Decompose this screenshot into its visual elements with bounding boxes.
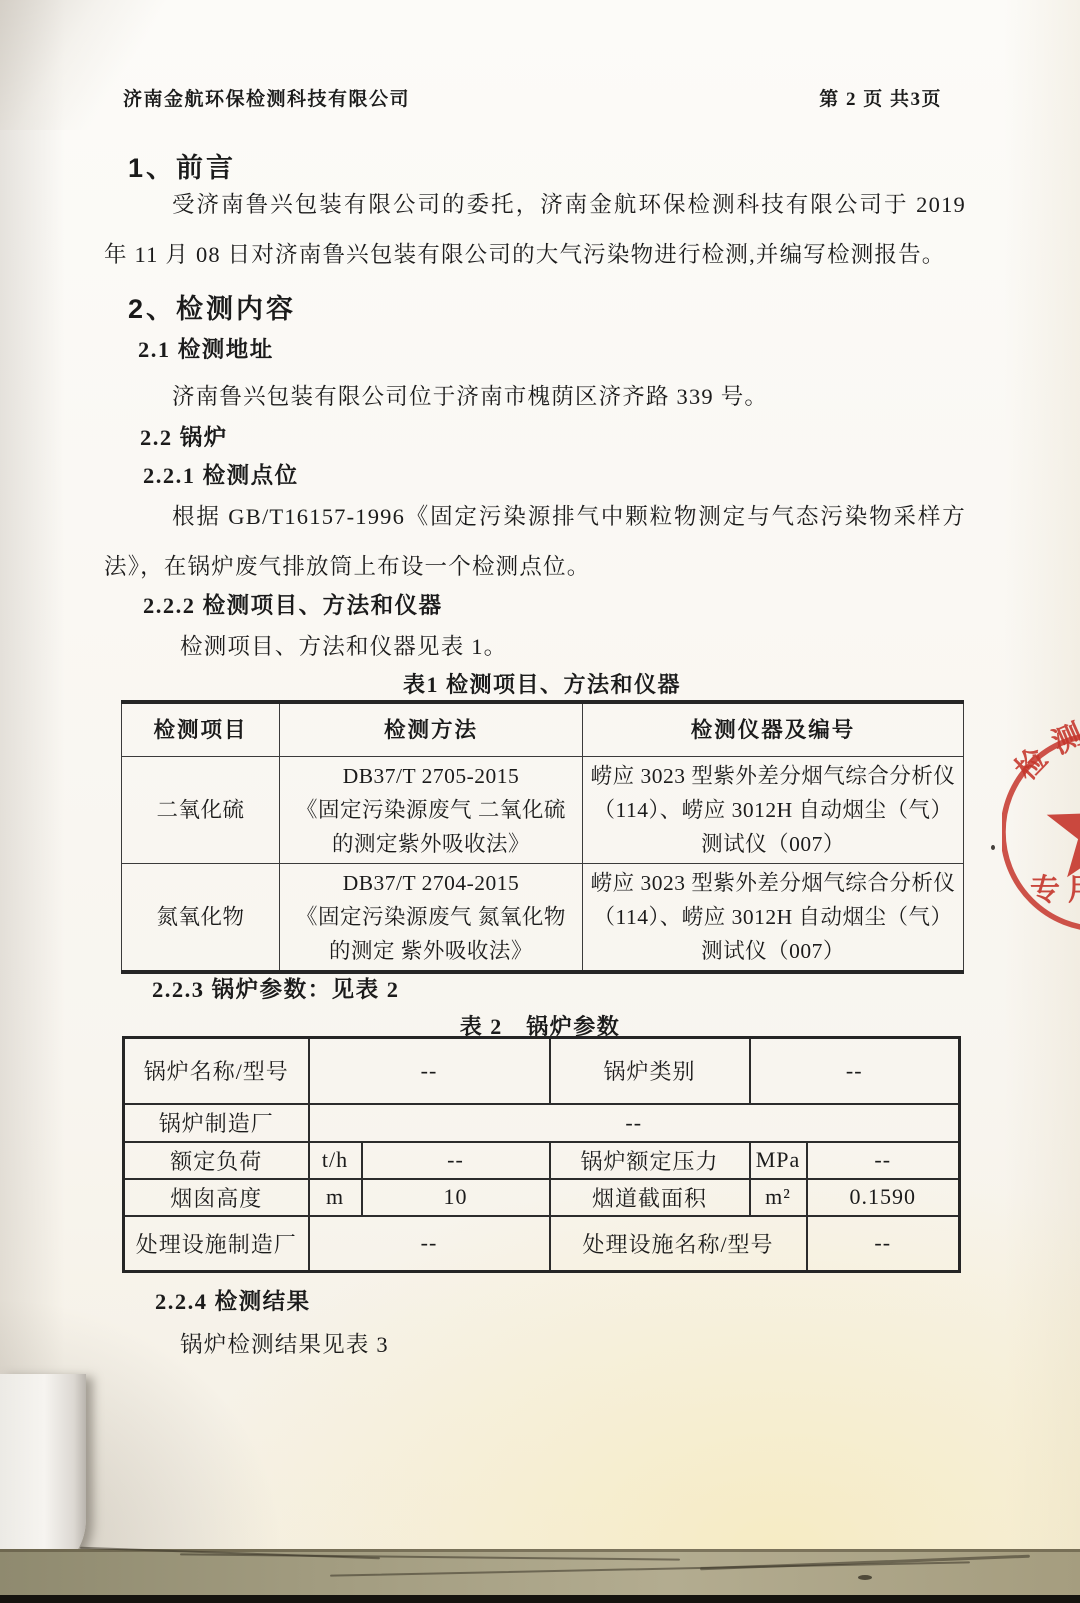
table2-label: 锅炉名称/型号	[124, 1038, 309, 1104]
stamp-bottom-text: 专用	[1030, 873, 1080, 907]
table2-unit: m	[309, 1179, 362, 1216]
table-row: 额定负荷 t/h -- 锅炉额定压力 MPa --	[124, 1142, 960, 1179]
scanned-report-page: 济南金航环保检测科技有限公司 第 2 页 共3页 1、前言 受济南鲁兴包装有限公…	[0, 0, 1080, 1603]
table2-label: 锅炉制造厂	[124, 1104, 309, 1142]
subsection-222-body: 检测项目、方法和仪器见表 1。	[180, 622, 960, 672]
table1-cell-instrument: 崂应 3023 型紫外差分烟气综合分析仪（114）、崂应 3012H 自动烟尘（…	[583, 756, 964, 863]
scratch-mark	[700, 1555, 1030, 1571]
table-row: 锅炉名称/型号 -- 锅炉类别 --	[124, 1038, 960, 1104]
table2-label: 锅炉额定压力	[550, 1142, 750, 1179]
table1-cell-item: 二氧化硫	[122, 756, 280, 863]
table2-label: 额定负荷	[124, 1142, 309, 1179]
table2-unit: t/h	[309, 1142, 362, 1179]
ink-speck	[991, 845, 995, 850]
table2-value: 10	[362, 1179, 550, 1216]
table2-label: 处理设施名称/型号	[550, 1216, 807, 1272]
table2-value: --	[309, 1038, 550, 1104]
table2-label: 锅炉类别	[550, 1038, 750, 1104]
page-header: 济南金航环保检测科技有限公司 第 2 页 共3页	[123, 84, 942, 111]
table2-value: --	[750, 1038, 960, 1104]
preface-paragraph: 受济南鲁兴包装有限公司的委托，济南金航环保检测科技有限公司于 2019 年 11…	[104, 180, 966, 280]
stamp-arc-char: 测	[1047, 718, 1080, 760]
desk-surface	[0, 1549, 1080, 1595]
method-title: 《固定污染源废气 二氧化硫的测定紫外吸收法》	[286, 793, 576, 861]
subsection-221-body: 根据 GB/T16157-1996《固定污染源排气中颗粒物测定与气态污染物采样方…	[104, 492, 966, 592]
inspection-seal-stamp: 检 测 专用	[1002, 702, 1080, 942]
table1-cell-method: DB37/T 2705-2015 《固定污染源废气 二氧化硫的测定紫外吸收法》	[280, 756, 583, 863]
method-standard: DB37/T 2704-2015	[286, 866, 576, 900]
table2-boiler-parameters: 锅炉名称/型号 -- 锅炉类别 -- 锅炉制造厂 -- 额定负荷 t/h -- …	[122, 1036, 961, 1273]
paper-sheet: 济南金航环保检测科技有限公司 第 2 页 共3页 1、前言 受济南鲁兴包装有限公…	[0, 0, 1080, 1549]
desk-shadow-strip	[0, 1595, 1080, 1603]
subsection-224-body: 锅炉检测结果见表 3	[180, 1320, 880, 1370]
scratch-mark	[80, 1547, 380, 1559]
table-row: 锅炉制造厂 --	[124, 1104, 960, 1142]
method-title: 《固定污染源废气 氮氧化物的测定 紫外吸收法》	[286, 900, 576, 968]
table1-header-row: 检测项目 检测方法 检测仪器及编号	[122, 702, 964, 756]
table-row: 二氧化硫 DB37/T 2705-2015 《固定污染源废气 二氧化硫的测定紫外…	[122, 756, 964, 863]
subsection-221-title: 2.2.1 检测点位	[143, 458, 299, 490]
table1-cell-item: 氮氧化物	[122, 863, 280, 972]
table2-label: 处理设施制造厂	[124, 1216, 309, 1272]
table-row: 处理设施制造厂 -- 处理设施名称/型号 --	[124, 1216, 960, 1272]
section-title-content: 2、检测内容	[128, 287, 296, 326]
subsection-224-title: 2.2.4 检测结果	[155, 1284, 311, 1316]
table1-header-item: 检测项目	[122, 702, 280, 756]
table-row: 氮氧化物 DB37/T 2704-2015 《固定污染源废气 氮氧化物的测定 紫…	[122, 863, 964, 972]
table2-value: --	[309, 1216, 550, 1272]
table1-cell-method: DB37/T 2704-2015 《固定污染源废气 氮氧化物的测定 紫外吸收法》	[280, 863, 583, 972]
subsection-222-title: 2.2.2 检测项目、方法和仪器	[143, 588, 443, 620]
red-star-icon	[1047, 776, 1080, 877]
page-curl	[0, 1374, 86, 1564]
subsection-21-title: 2.1 检测地址	[138, 332, 274, 364]
company-name: 济南金航环保检测科技有限公司	[123, 84, 410, 111]
table-row: 烟囱高度 m 10 烟道截面积 m² 0.1590	[124, 1179, 960, 1216]
subsection-223-title: 2.2.3 锅炉参数：见表 2	[152, 972, 400, 1004]
table2-unit: m²	[750, 1179, 807, 1216]
page-number: 第 2 页 共3页	[819, 84, 942, 111]
subsection-21-body: 济南鲁兴包装有限公司位于济南市槐荫区济齐路 339 号。	[172, 372, 972, 422]
table2-label: 烟道截面积	[550, 1179, 750, 1216]
table2-value: --	[309, 1104, 960, 1142]
table2-value: 0.1590	[807, 1179, 960, 1216]
subsection-22-title: 2.2 锅炉	[140, 420, 228, 452]
table2-unit: MPa	[750, 1142, 807, 1179]
table1-header-method: 检测方法	[280, 702, 583, 756]
table1-methods-instruments: 检测项目 检测方法 检测仪器及编号 二氧化硫 DB37/T 2705-2015 …	[121, 700, 964, 974]
scratch-mark	[858, 1575, 872, 1580]
table1-header-instrument: 检测仪器及编号	[583, 702, 964, 756]
table2-value: --	[807, 1142, 960, 1179]
table1-caption: 表1 检测项目、方法和仪器	[121, 668, 963, 699]
table2-label: 烟囱高度	[124, 1179, 309, 1216]
table2-value: --	[362, 1142, 550, 1179]
method-standard: DB37/T 2705-2015	[286, 759, 576, 793]
table2-value: --	[807, 1216, 960, 1272]
table1-cell-instrument: 崂应 3023 型紫外差分烟气综合分析仪（114）、崂应 3012H 自动烟尘（…	[583, 863, 964, 972]
